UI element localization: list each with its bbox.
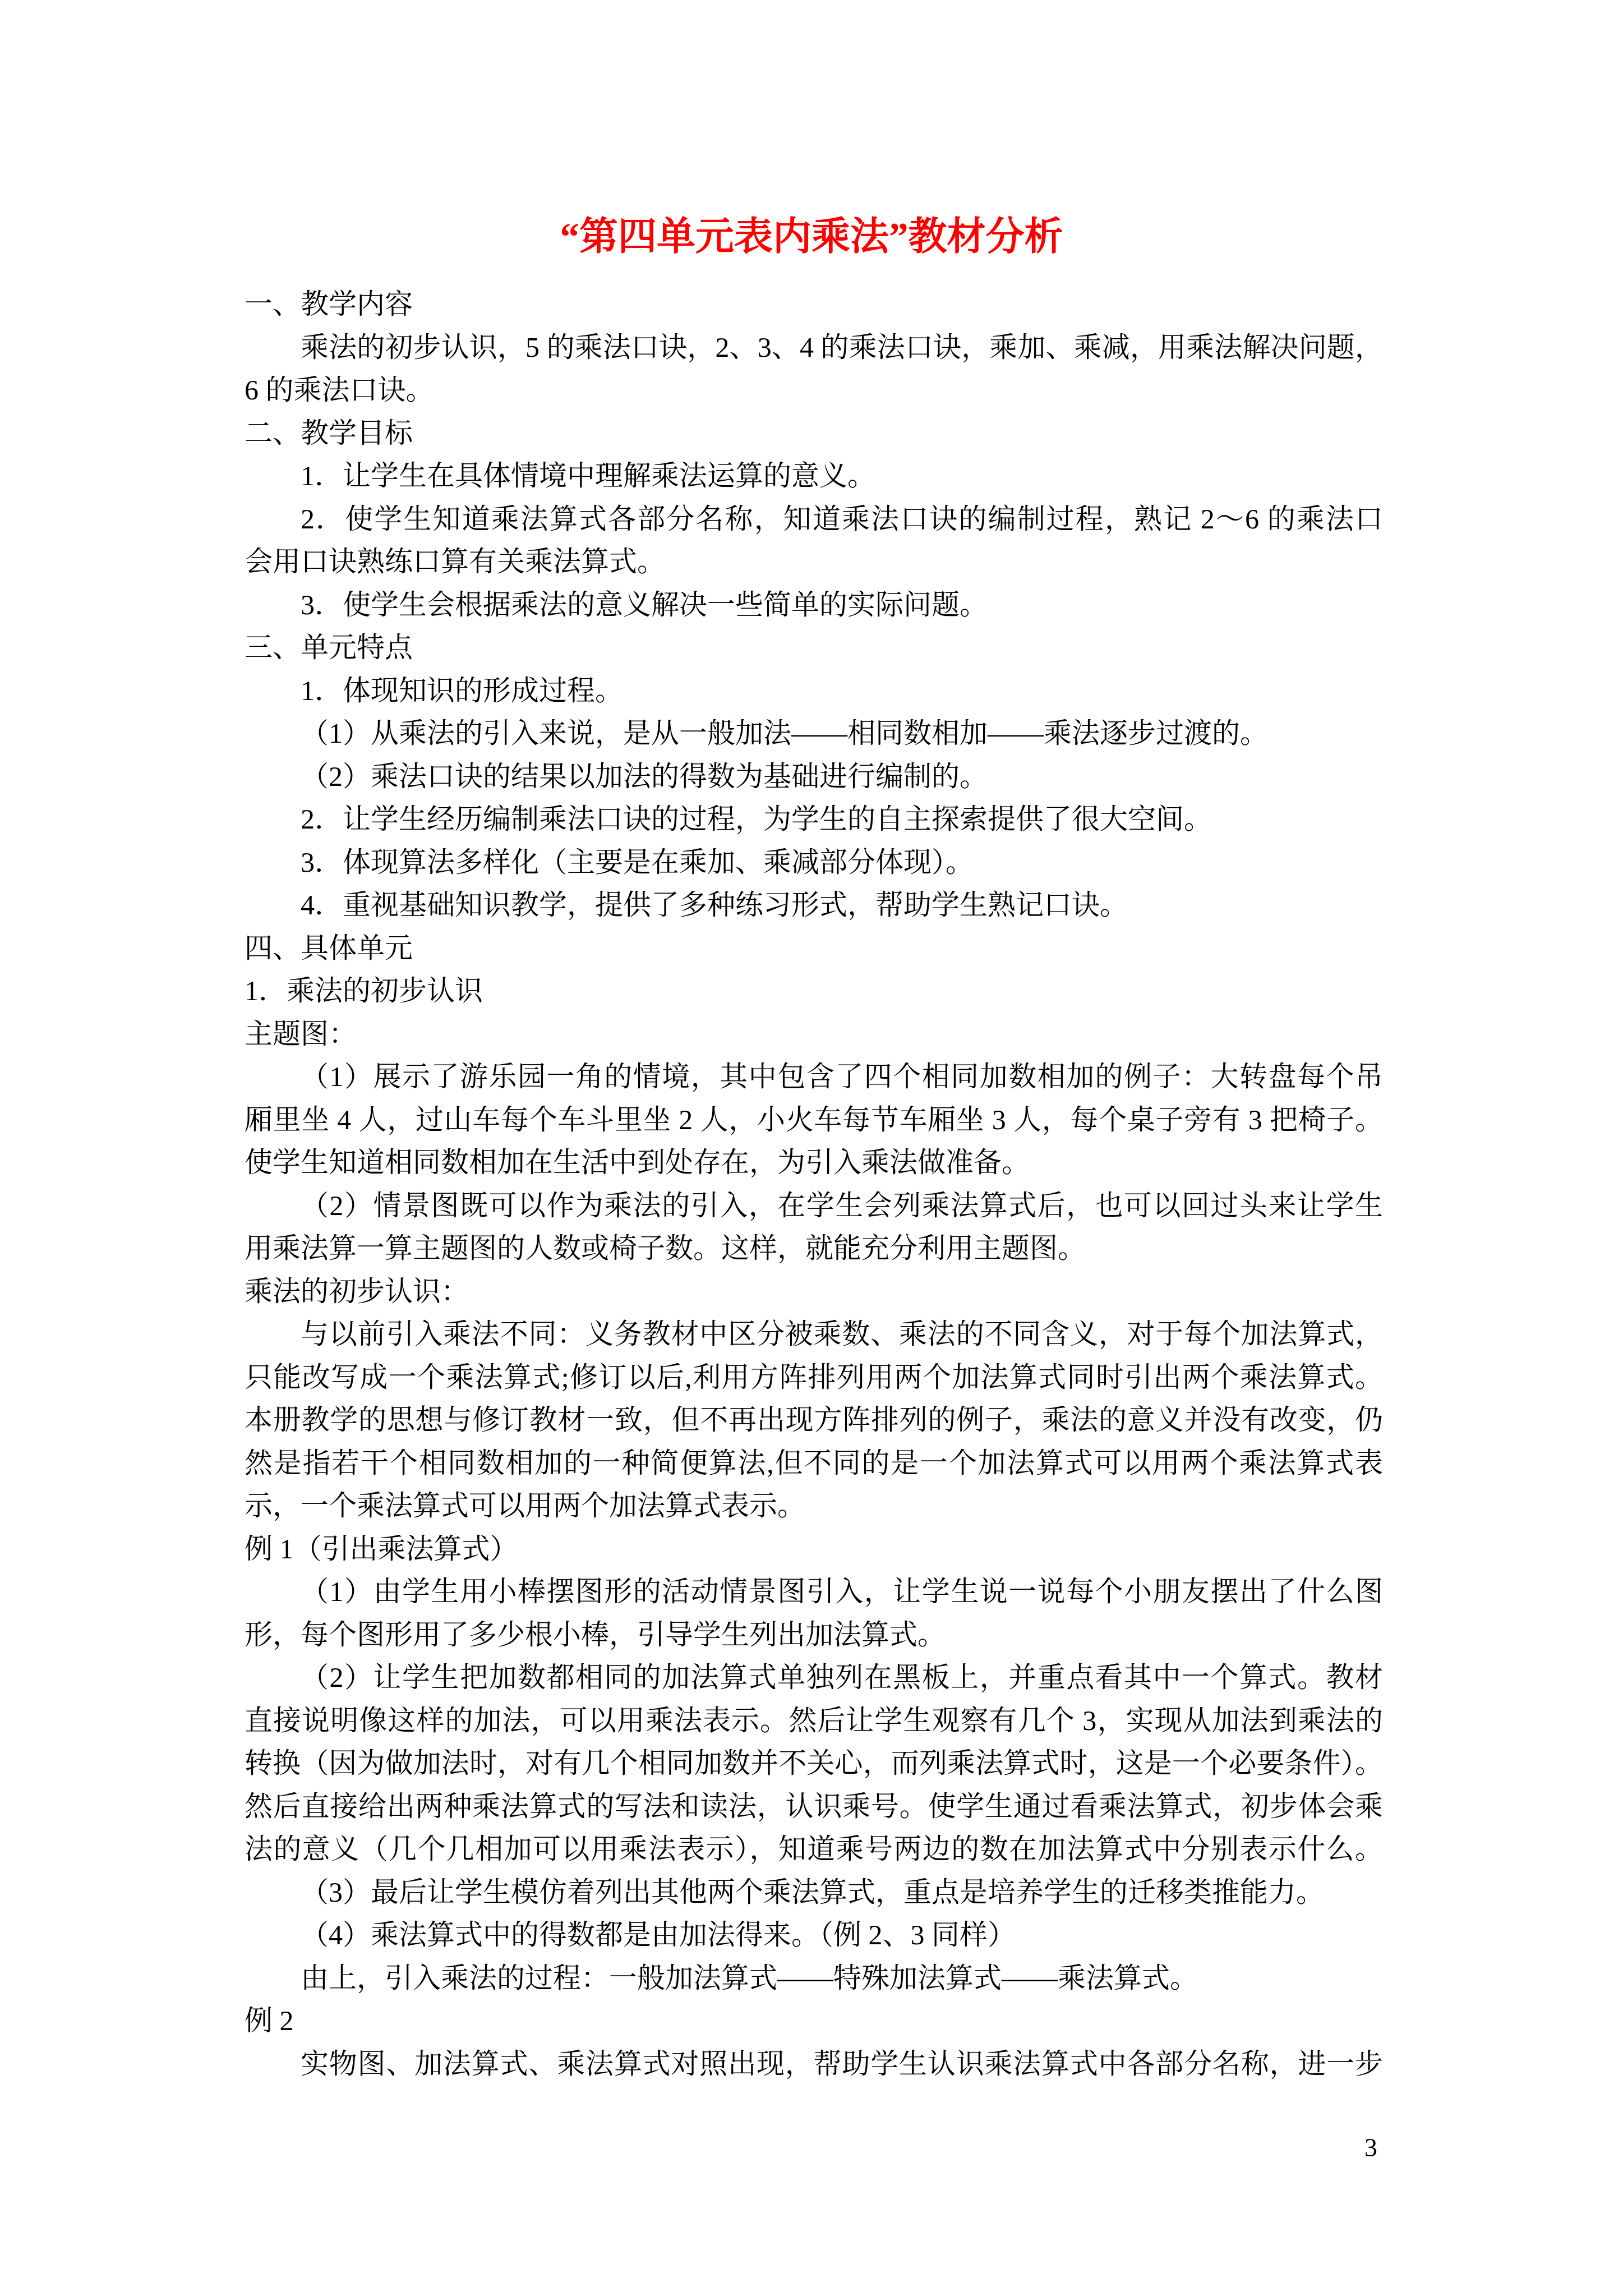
text-line: 与以前引入乘法不同：义务教材中区分被乘数、乘法的不同含义，对于每个加法算式， — [245, 1313, 1383, 1356]
text-line: 主题图： — [245, 1013, 1383, 1056]
text-line: 实物图、加法算式、乘法算式对照出现，帮助学生认识乘法算式中各部分名称，进一步 — [245, 2042, 1383, 2086]
text-line: 然后直接给出两种乘法算式的写法和读法，认识乘号。使学生通过看乘法算式，初步体会乘 — [245, 1785, 1383, 1828]
text-line: 本册教学的思想与修订教材一致，但不再出现方阵排列的例子，乘法的意义并没有改变，仍 — [245, 1398, 1383, 1442]
text-line: （2）让学生把加数都相同的加法算式单独列在黑板上，并重点看其中一个算式。教材 — [245, 1656, 1383, 1699]
text-line: 6 的乘法口诀。 — [245, 369, 1383, 412]
text-line: 形，每个图形用了多少根小棒，引导学生列出加法算式。 — [245, 1613, 1383, 1657]
text-line: 厢里坐 4 人，过山车每个车斗里坐 2 人，小火车每节车厢坐 3 人，每个桌子旁… — [245, 1098, 1383, 1142]
text-line: 三、单元特点 — [245, 626, 1383, 669]
text-line: 2．让学生经历编制乘法口诀的过程，为学生的自主探索提供了很大空间。 — [245, 798, 1383, 841]
document-title: “第四单元表内乘法”教材分析 — [0, 211, 1623, 262]
text-line: 3．使学生会根据乘法的意义解决一些简单的实际问题。 — [245, 583, 1383, 627]
text-line: 4．重视基础知识教学，提供了多种练习形式，帮助学生熟记口诀。 — [245, 884, 1383, 927]
text-line: 会用口诀熟练口算有关乘法算式。 — [245, 540, 1383, 583]
text-line: 乘法的初步认识，5 的乘法口诀，2、3、4 的乘法口诀，乘加、乘减，用乘法解决问… — [245, 326, 1383, 369]
text-line: （2）情景图既可以作为乘法的引入，在学生会列乘法算式后，也可以回过头来让学生 — [245, 1184, 1383, 1227]
text-line: 然是指若干个相同数相加的一种简便算法,但不同的是一个加法算式可以用两个乘法算式表 — [245, 1442, 1383, 1485]
text-line: 1．乘法的初步认识 — [245, 969, 1383, 1013]
text-line: 2．使学生知道乘法算式各部分名称，知道乘法口诀的编制过程，熟记 2～6 的乘法口… — [245, 498, 1383, 541]
text-line: 由上，引入乘法的过程：一般加法算式——特殊加法算式——乘法算式。 — [245, 1957, 1383, 2000]
text-line: 乘法的初步认识： — [245, 1270, 1383, 1313]
text-line: 转换（因为做加法时，对有几个相同加数并不关心，而列乘法算式时，这是一个必要条件）… — [245, 1742, 1383, 1785]
text-line: 使学生知道相同数相加在生活中到处存在，为引入乘法做准备。 — [245, 1141, 1383, 1184]
text-line: （1）展示了游乐园一角的情境，其中包含了四个相同加数相加的例子：大转盘每个吊 — [245, 1055, 1383, 1098]
text-line: 3．体现算法多样化（主要是在乘加、乘减部分体现）。 — [245, 841, 1383, 884]
text-line: （1）从乘法的引入来说，是从一般加法——相同数相加——乘法逐步过渡的。 — [245, 712, 1383, 755]
text-line: 例 1（引出乘法算式） — [245, 1527, 1383, 1571]
document-page: “第四单元表内乘法”教材分析 一、教学内容乘法的初步认识，5 的乘法口诀，2、3… — [0, 0, 1623, 2296]
text-line: 四、具体单元 — [245, 927, 1383, 970]
text-line: 法的意义（几个几相加可以用乘法表示），知道乘号两边的数在加法算式中分别表示什么。 — [245, 1828, 1383, 1871]
text-line: 只能改写成一个乘法算式;修订以后,利用方阵排列用两个加法算式同时引出两个乘法算式… — [245, 1356, 1383, 1399]
text-line: 用乘法算一算主题图的人数或椅子数。这样，就能充分利用主题图。 — [245, 1227, 1383, 1270]
document-body: 一、教学内容乘法的初步认识，5 的乘法口诀，2、3、4 的乘法口诀，乘加、乘减，… — [245, 283, 1383, 2085]
page-number: 3 — [1364, 2135, 1377, 2161]
text-line: 例 2 — [245, 1999, 1383, 2042]
text-line: （4）乘法算式中的得数都是由加法得来。（例 2、3 同样） — [245, 1913, 1383, 1957]
text-line: （2）乘法口诀的结果以加法的得数为基础进行编制的。 — [245, 755, 1383, 798]
text-line: （3）最后让学生模仿着列出其他两个乘法算式，重点是培养学生的迁移类推能力。 — [245, 1871, 1383, 1914]
text-line: 二、教学目标 — [245, 412, 1383, 455]
text-line: 1．让学生在具体情境中理解乘法运算的意义。 — [245, 454, 1383, 498]
text-line: （1）由学生用小棒摆图形的活动情景图引入，让学生说一说每个小朋友摆出了什么图 — [245, 1570, 1383, 1613]
text-line: 一、教学内容 — [245, 283, 1383, 326]
text-line: 直接说明像这样的加法，可以用乘法表示。然后让学生观察有几个 3，实现从加法到乘法… — [245, 1699, 1383, 1742]
text-line: 示，一个乘法算式可以用两个加法算式表示。 — [245, 1484, 1383, 1527]
text-line: 1．体现知识的形成过程。 — [245, 669, 1383, 712]
